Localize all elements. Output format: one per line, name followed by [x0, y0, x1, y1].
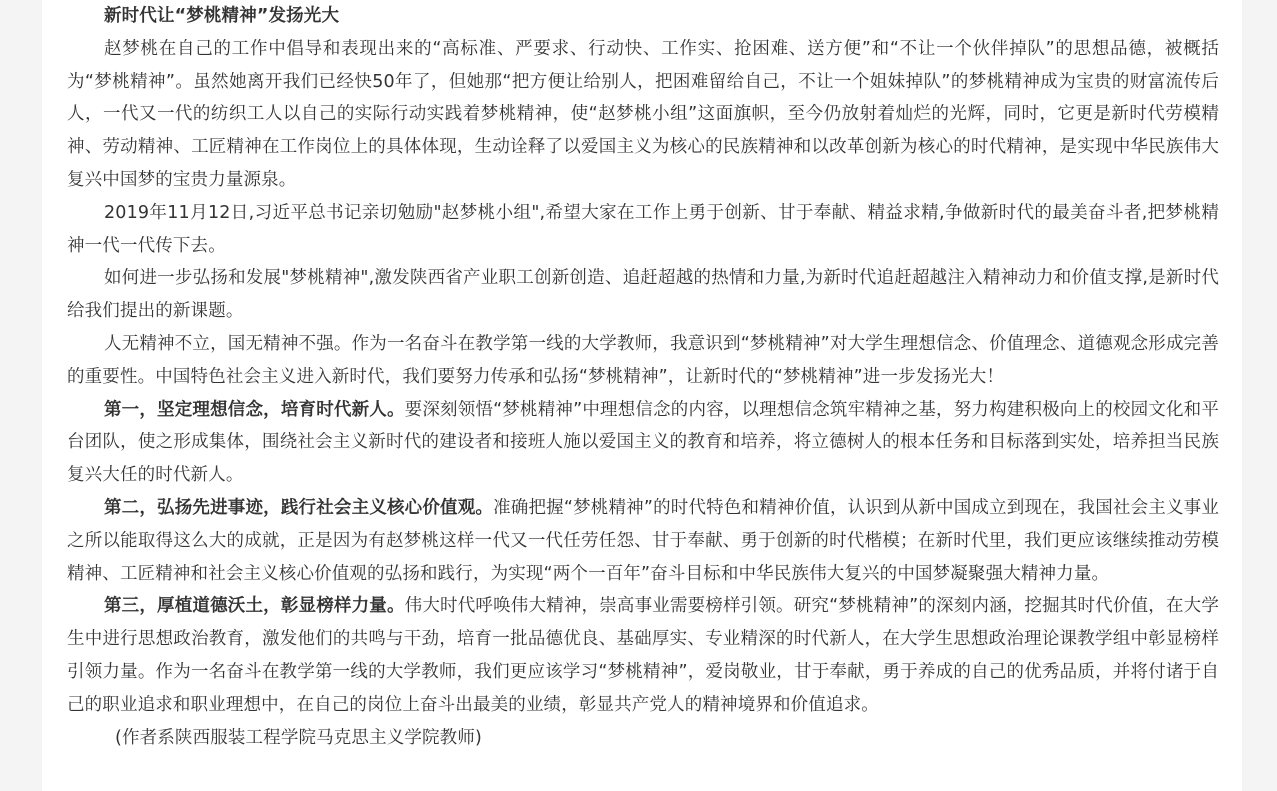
paragraph-text: 如何进一步弘扬和发展"梦桃精神",激发陕西省产业职工创新创造、追赶超越的热情和力…: [67, 268, 1219, 321]
paragraph-3: 如何进一步弘扬和发展"梦桃精神",激发陕西省产业职工创新创造、追赶超越的热情和力…: [67, 262, 1219, 328]
paragraph-text: 2019年11月12日,习近平总书记亲切勉励"赵梦桃小组",希望大家在工作上勇于…: [67, 203, 1219, 256]
paragraph-text: 赵梦桃在自己的工作中倡导和表现出来的“高标准、严要求、行动快、工作实、抢困难、送…: [67, 39, 1219, 190]
paragraph-7: 第三，厚植道德沃土，彰显榜样力量。伟大时代呼唤伟大精神，崇高事业需要榜样引领。研…: [67, 590, 1219, 721]
paragraph-1: 赵梦桃在自己的工作中倡导和表现出来的“高标准、严要求、行动快、工作实、抢困难、送…: [67, 33, 1219, 197]
paragraph-5: 第一，坚定理想信念，培育时代新人。要深刻领悟“梦桃精神”中理想信念的内容，以理想…: [67, 394, 1219, 492]
paragraph-4: 人无精神不立，国无精神不强。作为一名奋斗在教学第一线的大学教师，我意识到“梦桃精…: [67, 328, 1219, 394]
article-body: 新时代让“梦桃精神”发扬光大 赵梦桃在自己的工作中倡导和表现出来的“高标准、严要…: [67, 0, 1219, 754]
section-title: 新时代让“梦桃精神”发扬光大: [67, 0, 1219, 33]
paragraph-lead: 第二，弘扬先进事迹，践行社会主义核心价值观。: [104, 498, 493, 518]
paragraph-lead: 第三，厚植道德沃土，彰显榜样力量。: [104, 596, 405, 616]
paragraph-text: 人无精神不立，国无精神不强。作为一名奋斗在教学第一线的大学教师，我意识到“梦桃精…: [67, 334, 1219, 387]
paragraph-2: 2019年11月12日,习近平总书记亲切勉励"赵梦桃小组",希望大家在工作上勇于…: [67, 197, 1219, 263]
author-byline: (作者系陕西服装工程学院马克思主义学院教师): [67, 722, 1219, 755]
paragraph-6: 第二，弘扬先进事迹，践行社会主义核心价值观。准确把握“梦桃精神”的时代特色和精神…: [67, 492, 1219, 590]
paragraph-lead: 第一，坚定理想信念，培育时代新人。: [104, 400, 405, 420]
content-panel: 新时代让“梦桃精神”发扬光大 赵梦桃在自己的工作中倡导和表现出来的“高标准、严要…: [42, 0, 1242, 791]
